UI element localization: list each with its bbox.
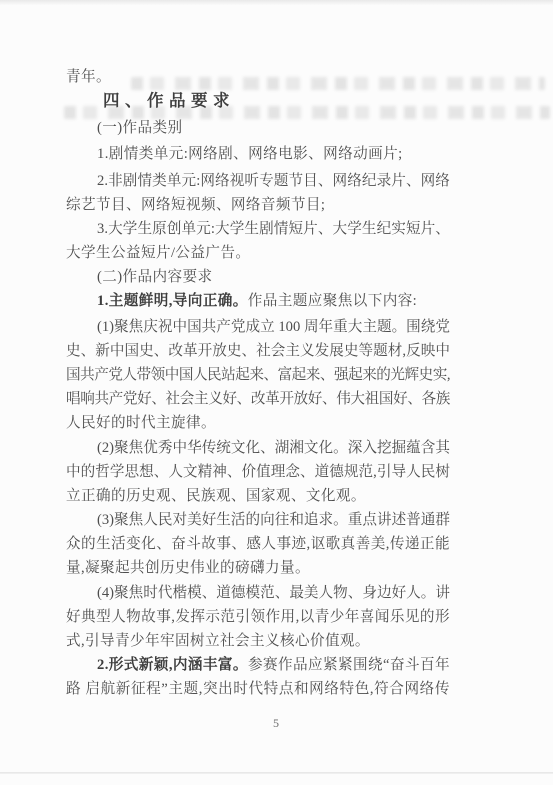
doc-line-segment: 综艺节目、网络短视频、网络音频节目; <box>66 197 325 213</box>
doc-line: 立正确的历史观、民族观、国家观、文化观。 <box>66 487 366 505</box>
doc-line: 人民好的时代主旋律。 <box>66 414 216 432</box>
doc-line-segment: 好典型人物故事,发挥示范引领作用,以青少年喜闻乐见的形 <box>66 609 450 625</box>
doc-line-segment: 立正确的历史观、民族观、国家观、文化观。 <box>66 488 366 504</box>
doc-line: (4)聚焦时代楷模、道德模范、最美人物、身边好人。讲 <box>66 584 450 602</box>
doc-line: 中的哲学思想、人文精神、价值理念、道德规范,引导人民树 <box>66 463 450 481</box>
doc-line: 量,凝聚起共创历史伟业的磅礴力量。 <box>66 559 310 577</box>
doc-line-segment: 唱响共产党好、社会主义好、改革开放好、伟大祖国好、各族 <box>66 391 450 407</box>
doc-line-segment: 2.非剧情类单元:网络视听专题节目、网络纪录片、网络 <box>97 173 450 189</box>
doc-line-bold-segment: 1.主题鲜明,导向正确。 <box>97 293 248 309</box>
scan-top-edge <box>0 0 553 6</box>
doc-line-segment: 式,引导青少年牢固树立社会主义核心价值观。 <box>66 633 370 649</box>
doc-line: (2)聚焦优秀中华传统文化、湖湘文化。深入挖掘蕴含其 <box>66 439 450 457</box>
doc-line-segment: 青年。 <box>66 69 111 85</box>
doc-line-bold-segment: 2.形式新颖,内涵丰富。 <box>97 657 248 673</box>
document-page: 青年。四、作品要求(一)作品类别1.剧情类单元:网络剧、网络电影、网络动画片;2… <box>0 0 553 785</box>
doc-line-segment: 人民好的时代主旋律。 <box>66 415 216 431</box>
doc-line-segment: 路 启航新征程”主题,突出时代特点和网络特色,符合网络传 <box>66 681 450 697</box>
doc-line: 大学生公益短片/公益广告。 <box>66 244 250 262</box>
doc-line-segment: (2)聚焦优秀中华传统文化、湖湘文化。深入挖掘蕴含其 <box>97 440 450 456</box>
doc-line-segment: 参赛作品应紧紧围绕“奋斗百年 <box>248 657 450 673</box>
doc-line-segment: (4)聚焦时代楷模、道德模范、最美人物、身边好人。讲 <box>97 585 450 601</box>
doc-line: 路 启航新征程”主题,突出时代特点和网络特色,符合网络传 <box>66 680 450 698</box>
doc-line-segment: (一)作品类别 <box>97 120 183 136</box>
doc-line-segment: 四、作品要求 <box>103 92 235 110</box>
page-number: 5 <box>0 716 553 731</box>
doc-line: 式,引导青少年牢固树立社会主义核心价值观。 <box>66 632 370 650</box>
doc-line: 1.主题鲜明,导向正确。作品主题应聚焦以下内容: <box>66 292 417 310</box>
doc-line: 史、新中国史、改革开放史、社会主义发展史等题材,反映中 <box>66 342 450 360</box>
scan-bottom-edge <box>0 772 553 774</box>
doc-line-segment: 史、新中国史、改革开放史、社会主义发展史等题材,反映中 <box>66 343 450 359</box>
doc-line-segment: 大学生公益短片/公益广告。 <box>66 245 250 261</box>
doc-line: 2.形式新颖,内涵丰富。参赛作品应紧紧围绕“奋斗百年 <box>66 656 450 674</box>
doc-line-segment: 国共产党人带领中国人民站起来、富起来、强起来的光辉史实, <box>66 367 450 383</box>
doc-line: 综艺节目、网络短视频、网络音频节目; <box>66 196 325 214</box>
doc-line-segment: (1)聚焦庆祝中国共产党成立 100 周年重大主题。围绕党 <box>97 319 450 335</box>
doc-line: (3)聚焦人民对美好生活的向往和追求。重点讲述普通群 <box>66 511 450 529</box>
doc-line-segment: 作品主题应聚焦以下内容: <box>248 293 417 309</box>
doc-line: 众的生活变化、奋斗故事、感人事迹,讴歌真善美,传递正能 <box>66 535 450 553</box>
doc-line-segment: 量,凝聚起共创历史伟业的磅礴力量。 <box>66 560 310 576</box>
doc-line: 青年。 <box>66 68 111 86</box>
doc-line: 好典型人物故事,发挥示范引领作用,以青少年喜闻乐见的形 <box>66 608 450 626</box>
doc-line-segment: (3)聚焦人民对美好生活的向往和追求。重点讲述普通群 <box>97 512 450 528</box>
doc-line: (二)作品内容要求 <box>66 268 212 286</box>
doc-line-segment: 众的生活变化、奋斗故事、感人事迹,讴歌真善美,传递正能 <box>66 536 450 552</box>
doc-line-segment: 1.剧情类单元:网络剧、网络电影、网络动画片; <box>97 146 403 162</box>
doc-line: 国共产党人带领中国人民站起来、富起来、强起来的光辉史实, <box>66 366 450 384</box>
doc-line-segment: (二)作品内容要求 <box>97 269 212 285</box>
doc-line: 2.非剧情类单元:网络视听专题节目、网络纪录片、网络 <box>66 172 450 190</box>
doc-line: 1.剧情类单元:网络剧、网络电影、网络动画片; <box>66 145 403 163</box>
bleed-through-artifact <box>131 77 545 90</box>
doc-line: (1)聚焦庆祝中国共产党成立 100 周年重大主题。围绕党 <box>66 318 450 336</box>
section-heading: 四、作品要求 <box>103 92 235 110</box>
doc-line-segment: 3.大学生原创单元:大学生剧情短片、大学生纪实短片、 <box>97 221 450 237</box>
doc-line-segment: 中的哲学思想、人文精神、价值理念、道德规范,引导人民树 <box>66 464 450 480</box>
doc-line: (一)作品类别 <box>66 119 183 137</box>
doc-line: 3.大学生原创单元:大学生剧情短片、大学生纪实短片、 <box>66 220 450 238</box>
doc-line: 唱响共产党好、社会主义好、改革开放好、伟大祖国好、各族 <box>66 390 450 408</box>
